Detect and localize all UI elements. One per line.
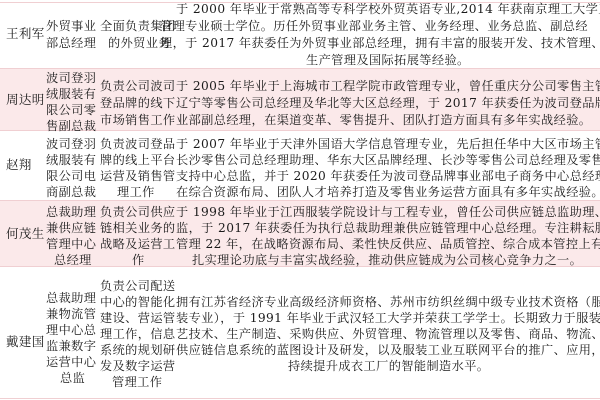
exec-duty-line: 牌的线上平台 [100,152,176,168]
exec-bio-line: 供应链信息系统的蓝图设计及研发，以及服装工业互联网平台的推广、应用， [176,342,600,358]
exec-duty-line: 战略及运营工 [100,236,176,252]
exec-title-line: 波司登羽 [46,70,96,86]
exec-bio-line: 于 2005 年毕业于上海城市工程学院市政管理专业，曾任重庆分公司零售主管、 [176,78,600,94]
exec-name: 王利军 [6,26,45,42]
exec-duty-line: 理工作，信息 [100,326,176,342]
exec-title-line: 运营中心 [46,354,96,370]
exec-title-line: 总裁助理 [46,204,96,220]
exec-duty-line: 发及数字运营 [100,358,176,374]
exec-bio-line: 业部副总经理，在渠道变革、零售提升、团队打造方面具有多年实战经验。 [176,112,591,128]
exec-title-line: 管理中心 [46,236,96,252]
exec-bio-line: 长沙零售公司总经理助理、华东大区品牌经理、长沙等零售公司总经理及零售 [176,152,600,168]
exec-title-line: 外贸事业 [46,18,96,34]
exec-title-line: 部总经理 [46,35,96,51]
exec-title-line: 总经理 [54,252,92,268]
exec-bio-line: 装专业），于 1991 年毕业于武汉轻工大学并荣获工学学士。长期致力于服装工 [176,310,600,326]
exec-duty-line: 链相关业务的 [100,220,176,236]
row-divider [0,398,600,399]
exec-title-line: 兼物流管 [46,306,96,322]
exec-bio-line: 理，于 2017 年获委任为外贸事业部总经理，拥有丰富的服装开发、技术管理、 [160,35,600,51]
exec-bio-line: 辽宁等零售公司总经理及华北等大区总经理，于 2017 年获委任为波司登品牌事 [176,95,600,111]
row-divider [0,200,600,201]
exec-name: 周达明 [6,92,45,108]
exec-duty-line: 负责波司登品 [100,136,176,152]
exec-title-line: 限公司电 [46,168,96,184]
exec-title-line: 理中心总 [46,322,96,338]
exec-bio-line: 扎实理论功底与丰富实战经验，推动供应链成为公司核心竞争力之一。 [192,252,582,268]
exec-title-line: 监兼数字 [46,338,96,354]
exec-title-line: 波司登羽 [46,136,96,152]
row-divider [0,68,600,69]
exec-bio-line: 拥有江苏省经济专业高级经济师资格、苏州市纺织丝绸中级专业技术资格（服 [176,294,600,310]
exec-bio-line: 管理专业硕士学位。历任外贸事业部业务主管、业务经理、业务总监、副总经 [160,18,588,34]
exec-duty-line: 理工作 [117,184,155,200]
exec-bio-line: 支持中心总监，并于 2020 年获委任为波司登品牌事业部电子商务中心总经理。 [176,168,600,184]
exec-bio-line: 于 1998 年毕业于江西服装学院设计与工程专业，曾任公司供应链总监助理、总 [176,204,600,220]
exec-bio-line: 生产管理及国际拓展等经验。 [306,52,470,68]
exec-title-line: 绒服装有 [46,86,96,102]
exec-name: 赵翔 [6,157,32,173]
exec-duty-line: 登品牌的线下 [100,95,176,111]
exec-title-line: 绒服装有 [46,152,96,168]
exec-name: 何茂生 [6,226,45,242]
exec-title-line: 总监 [60,370,85,386]
exec-title-line: 售副总裁 [46,118,96,134]
exec-duty-line: 管理工作 [112,374,162,390]
exec-bio-line: 艺技术、生产制造、采购供应、外贸管理、物流管理以及零售、商品、物流、 [176,326,600,342]
exec-bio-line: 持续提升成衣工厂的智能制造水平。 [288,358,489,374]
exec-bio-line: 在综合资源布局、团队人才培养打造及零售业务运营方面具有多年实战经验。 [176,184,600,200]
exec-title-line: 兼供应链 [46,220,96,236]
exec-title-line: 总裁助理 [46,290,96,306]
exec-bio-line: 监，于 2017 年获委任为执行总裁助理兼供应链管理中心总经理。专注耕耘服装 [176,220,600,236]
exec-title-line: 限公司零 [46,102,96,118]
exec-duty-line: 负责公司配送 [100,278,176,294]
exec-duty-line: 负责公司波司 [100,78,176,94]
exec-bio-line: 于 2000 年毕业于常熟高等专科学校外贸英语专业,2014 年获南京理工大学工… [176,1,600,17]
exec-duty-line: 系统的规划研 [100,342,176,358]
exec-duty-line: 中心的智能化 [100,294,176,310]
exec-bio-line: 于 2007 年毕业于天津外国语大学信息管理专业，先后担任华中大区市场主管， [176,136,600,152]
exec-duty-line: 市场销售工作 [100,112,176,128]
exec-name: 戴建国 [6,334,45,350]
exec-bio-line: 管理 22 年，在战略资源布局、柔性快反供应、品质管控、综合成本管控上有 [176,236,600,252]
exec-duty-line: 建设、营运管 [100,310,176,326]
exec-duty-line: 负责公司供应 [100,204,176,220]
exec-title-line: 商副总裁 [46,184,96,200]
exec-duty-line: 运营及销售管 [100,168,176,184]
exec-duty-line: 作 [132,252,145,268]
